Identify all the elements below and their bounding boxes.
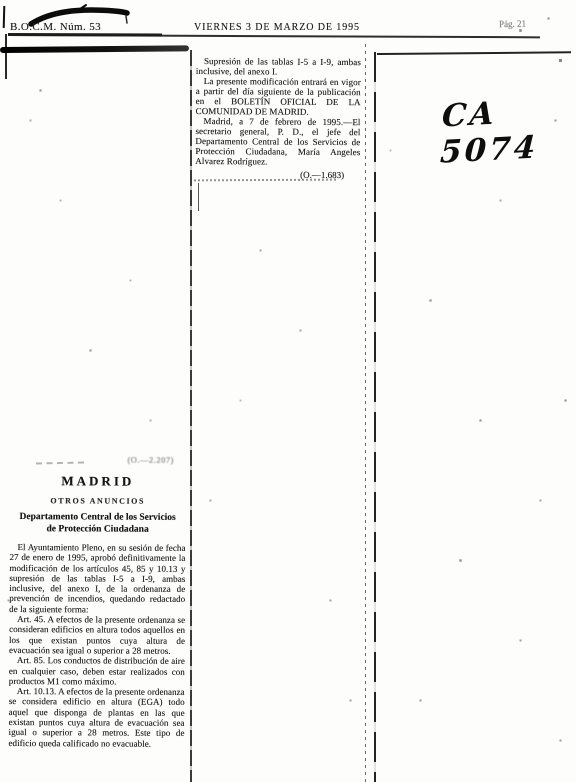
department-heading: Departamento Central de los Servicios de… xyxy=(14,512,182,536)
section-title: MADRID xyxy=(10,473,186,490)
right-box-top-rule xyxy=(377,51,571,55)
gazette-issue-label: B.O.C.M. Núm. 53 xyxy=(10,21,101,33)
left-column: (O.—2.207) MADRID OTROS ANUNCIOS Departa… xyxy=(8,454,186,749)
section-subtitle: OTROS ANUNCIOS xyxy=(10,496,186,506)
paragraph: Art. 10.13. A efectos de la presente ord… xyxy=(8,686,184,749)
page-edge-mark-lower xyxy=(5,34,7,79)
column-divider-rule-left xyxy=(190,50,192,782)
column-divider-rule-right-dotted xyxy=(365,44,366,782)
paragraph: Madrid, a 7 de febrero de 1995.—El secre… xyxy=(195,116,360,167)
order-reference-number-faint: (O.—2.207) xyxy=(10,454,186,465)
page-number-label: Pág. 21 xyxy=(499,19,526,29)
paragraph: Supresión de las tablas I-5 a I-9, ambas… xyxy=(196,56,361,77)
center-column: Supresión de las tablas I-5 a I-9, ambas… xyxy=(195,56,361,180)
scanned-gazette-page: B.O.C.M. Núm. 53 VIERNES 3 DE MARZO DE 1… xyxy=(0,0,576,782)
column-divider-rule-right xyxy=(374,52,376,782)
paragraph: La presente modificación entrará en vigo… xyxy=(196,76,361,117)
gazette-date-label: VIERNES 3 DE MARZO DE 1995 xyxy=(194,22,360,33)
paragraph: El Ayuntamiento Pleno, en su sesión de f… xyxy=(9,542,185,615)
left-column-top-rule xyxy=(0,45,189,53)
column-divider-tick xyxy=(198,183,199,211)
paragraph: Art. 85. Los conductos de distribución d… xyxy=(9,655,185,687)
scan-noise xyxy=(0,0,1,1)
order-reference-number: (O.—1.683) xyxy=(195,169,360,180)
paragraph: Art. 45. A efectos de la presente ordena… xyxy=(9,614,185,656)
header-rule-left-segment xyxy=(8,33,162,37)
handwritten-annotation: CA 5074 xyxy=(439,91,576,170)
page-edge-mark xyxy=(3,6,6,28)
